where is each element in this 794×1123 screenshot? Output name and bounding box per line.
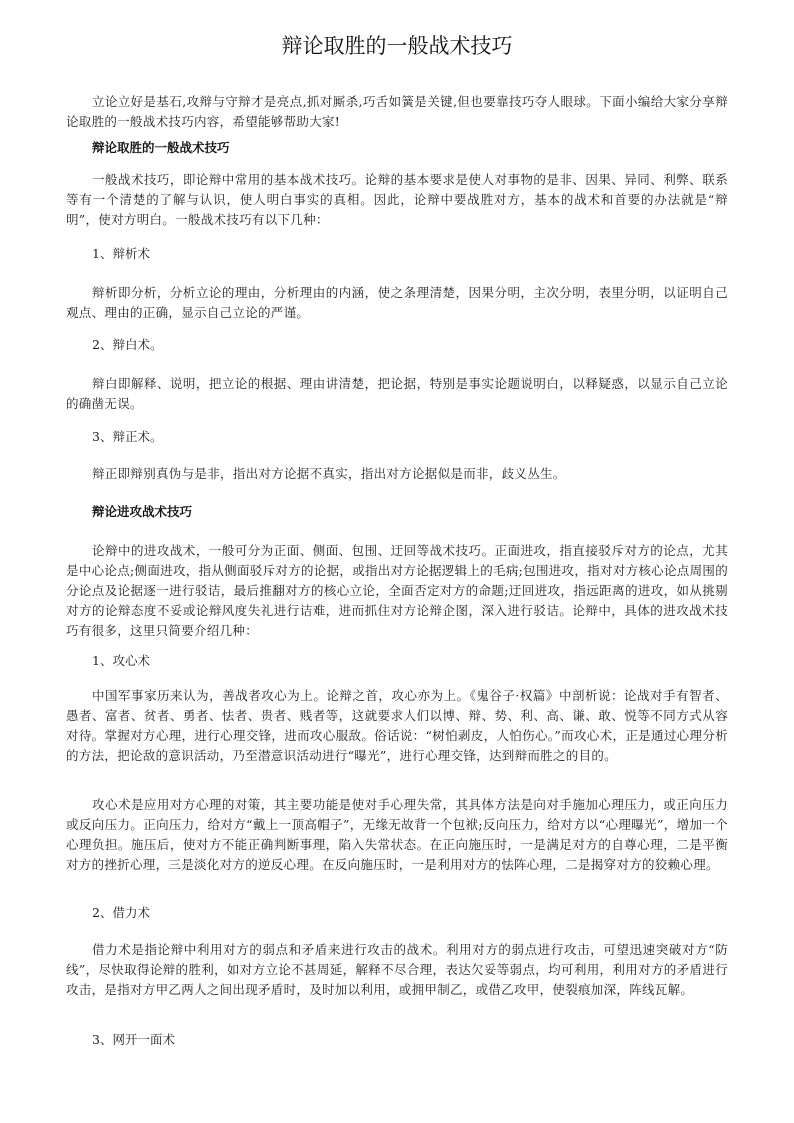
paragraph-gongxin-2: 攻心术是应用对方心理的对策，其主要功能是使对手心理失常，其具体方法是向对手施加心… [66,795,728,875]
paragraph-bianbai: 辩白即解释、说明，把立论的根据、理由讲清楚，把论据，特别是事实论题说明白，以释疑… [66,374,728,414]
section-paragraph-attack: 论辩中的进攻战术，一般可分为正面、侧面、包围、迂回等战术技巧。正面进攻，指直接驳… [66,541,728,641]
subheading-bianxi: 1、辩析术 [92,244,150,264]
section-heading-attack: 辩论进攻战术技巧 [92,502,192,522]
subheading-jieli: 2、借力术 [92,903,150,923]
subheading-bianbai: 2、辩白术。 [92,335,162,355]
section-heading-general: 辩论取胜的一般战术技巧 [92,138,230,158]
subheading-wangkai: 3、网开一面术 [92,1030,175,1050]
subheading-gongxin: 1、攻心术 [92,651,150,671]
paragraph-bianxi: 辩析即分析，分析立论的理由，分析理由的内涵，使之条理清楚，因果分明，主次分明，表… [66,283,728,323]
document-title: 辩论取胜的一般战术技巧 [66,33,728,59]
paragraph-gongxin-1: 中国军事家历来认为，善战者攻心为上。论辩之首，攻心亦为上。《鬼谷子·权篇》中剖析… [66,686,728,766]
intro-paragraph: 立论立好是基石,攻辩与守辩才是亮点,抓对厮杀,巧舌如簧是关键,但也要靠技巧夺人眼… [66,92,728,132]
paragraph-bianzheng: 辩正即辩别真伪与是非，指出对方论据不真实，指出对方论据似是而非，歧义丛生。 [66,464,728,484]
subheading-bianzheng: 3、辩正术。 [92,427,162,447]
paragraph-jieli: 借力术是指论辩中利用对方的弱点和矛盾来进行攻击的战术。利用对方的弱点进行攻击，可… [66,940,728,1000]
section-paragraph-general: 一般战术技巧，即论辩中常用的基本战术技巧。论辩的基本要求是使人对事物的是非、因果… [66,170,728,230]
